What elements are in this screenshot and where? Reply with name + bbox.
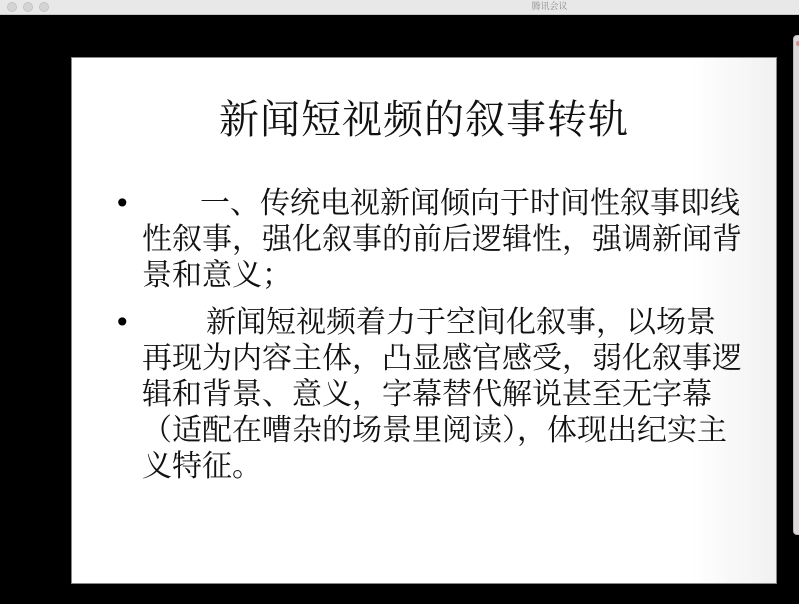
meeting-window: 腾讯会议 新闻短视频的叙事转轨 • 一、传统电视新闻倾向于时间性叙事即线性叙事，… [0,0,799,604]
screen-share-area: 新闻短视频的叙事转轨 • 一、传统电视新闻倾向于时间性叙事即线性叙事，强化叙事的… [0,15,799,604]
bullet-icon: • [114,305,131,341]
shared-slide: 新闻短视频的叙事转轨 • 一、传统电视新闻倾向于时间性叙事即线性叙事，强化叙事的… [71,57,777,584]
bullet-text: 一、传统电视新闻倾向于时间性叙事即线性叙事，强化叙事的前后逻辑性，强调新闻背景和… [142,186,742,294]
bullet-text: 新闻短视频着力于空间化叙事，以场景再现为内容主体，凸显感官感受，弱化叙事逻辑和背… [142,305,742,485]
bullet-item: • 新闻短视频着力于空间化叙事，以场景再现为内容主体，凸显感官感受，弱化叙事逻辑… [112,305,742,485]
bullet-item: • 一、传统电视新闻倾向于时间性叙事即线性叙事，强化叙事的前后逻辑性，强调新闻背… [112,186,742,294]
slide-bullet-list: • 一、传统电视新闻倾向于时间性叙事即线性叙事，强化叙事的前后逻辑性，强调新闻背… [112,186,742,496]
title-bar: 腾讯会议 [0,0,799,15]
slide-title: 新闻短视频的叙事转轨 [72,96,776,144]
bullet-icon: • [114,186,131,222]
window-title: 腾讯会议 [0,0,799,15]
side-panel-edge[interactable] [793,35,799,535]
